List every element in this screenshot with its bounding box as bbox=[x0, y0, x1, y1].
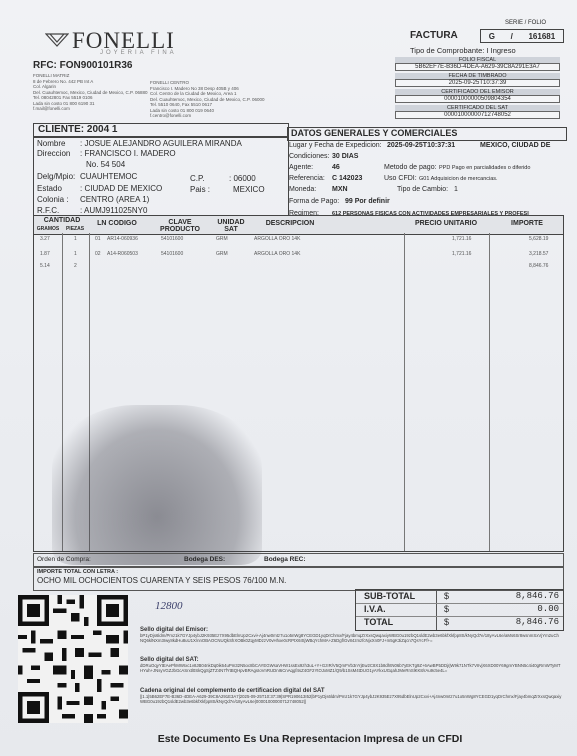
serie-folio-label: SERIE / FOLIO bbox=[505, 20, 546, 26]
cell-codigo: AR14-060936 bbox=[107, 236, 138, 242]
currency-symbol: $ bbox=[444, 591, 449, 601]
importe-letra-value: OCHO MIL OCHOCIENTOS CUARENTA Y SEIS PES… bbox=[37, 576, 560, 585]
subtotal-value: 8,846.76 bbox=[516, 591, 559, 601]
tipo-label: Tipo de Comprobante: bbox=[410, 46, 484, 55]
estado-value: : CIUDAD DE MEXICO bbox=[80, 184, 162, 193]
addr-line: f.centro@fonelli.com bbox=[150, 113, 310, 119]
total-gramos: 5.14 bbox=[40, 263, 50, 269]
direccion-label: Direccion bbox=[37, 149, 70, 158]
items-table-header: CANTIDAD GRAMOS PIEZAS LN CODIGO CLAVE P… bbox=[33, 215, 564, 235]
datos-generales-body: Lugar y Fecha de Expedicion: 2025-09-25T… bbox=[287, 141, 562, 217]
subtotal-label: SUB-TOTAL bbox=[364, 591, 415, 601]
cell-gramos: 3.27 bbox=[40, 236, 50, 242]
cell-gramos: 1.87 bbox=[40, 251, 50, 257]
col-importe: IMPORTE bbox=[494, 220, 560, 227]
tipo-value: I Ingreso bbox=[486, 46, 515, 55]
orden-compra-label: Orden de Compra: bbox=[37, 556, 91, 563]
total-value: 8,846.76 bbox=[516, 617, 559, 627]
cp-value: : 06000 bbox=[229, 174, 256, 183]
iva-label: I.V.A. bbox=[364, 604, 386, 614]
uso-cfdi-label: Uso CFDI: bbox=[384, 175, 417, 182]
cell-clave: 54101600 bbox=[161, 236, 183, 242]
col-cantidad: CANTIDAD bbox=[36, 217, 88, 224]
total-label: TOTAL bbox=[364, 617, 393, 627]
forma-pago-label: Forma de Pago: bbox=[289, 198, 339, 205]
agente-label: Agente: bbox=[289, 164, 313, 171]
cfdi-legend: Este Documento Es Una Representacion Imp… bbox=[60, 733, 560, 745]
orden-compra-row: Orden de Compra: Bodega DES: Bodega REC: bbox=[33, 553, 564, 567]
cert-emisor-value: 00001000000509804354 bbox=[395, 95, 560, 103]
importe-letra-box: IMPORTE TOTAL CON LETRA : OCHO MIL OCHOC… bbox=[33, 567, 564, 591]
tipo-cambio-label: Tipo de Cambio: bbox=[397, 186, 448, 193]
uso-cfdi-value: G01 Adquisicion de mercancias. bbox=[419, 176, 498, 182]
total-piezas: 2 bbox=[74, 263, 77, 269]
cliente-header: CLIENTE: 2004 1 bbox=[33, 123, 289, 137]
condiciones-label: Condiciones: bbox=[289, 153, 329, 160]
fiscal-info-block: FOLIO FISCAL 5B62EF7E-B36D-4DEA-A629-39C… bbox=[395, 57, 560, 119]
cell-clave: 54101600 bbox=[161, 251, 183, 257]
currency-symbol: $ bbox=[444, 617, 449, 627]
cell-importe: 5,628.19 bbox=[529, 236, 548, 242]
iva-value: 0.00 bbox=[537, 604, 559, 614]
cell-codigo: A14-R060503 bbox=[107, 251, 138, 257]
cadena-original-section: Cadena original del complemento de certi… bbox=[140, 688, 562, 704]
condiciones-value: 30 DIAS bbox=[332, 153, 358, 160]
moneda-value: MXN bbox=[332, 186, 348, 193]
moneda-label: Moneda: bbox=[289, 186, 316, 193]
handwritten-note: 12800 bbox=[155, 600, 183, 612]
cliente-details: Nombre : JOSUE ALEJANDRO AGUILERA MIRAND… bbox=[33, 137, 289, 217]
cell-ln: 01 bbox=[95, 236, 101, 242]
rfc-label: RFC: bbox=[33, 60, 57, 71]
currency-symbol: $ bbox=[444, 604, 449, 614]
rfc-value: FON900101R36 bbox=[60, 60, 133, 71]
company-tagline: JOYERIA FINA bbox=[100, 50, 177, 56]
agente-value: 46 bbox=[332, 164, 340, 171]
address-centro: FONELLI CENTRO Francisco I. Madero No 38… bbox=[150, 80, 310, 119]
address-matriz: FONELLI MATRIZ 8 de Febrero No. 442 PB I… bbox=[33, 73, 153, 112]
col-precio-unitario: PRECIO UNITARIO bbox=[404, 220, 488, 227]
bodega-rec-label: Bodega REC: bbox=[264, 556, 306, 563]
referencia-label: Referencia: bbox=[289, 175, 325, 182]
cp-label: C.P. bbox=[190, 174, 205, 183]
cell-precio: 1,721.16 bbox=[452, 251, 471, 257]
delg-label: Delg/Mpio: bbox=[37, 172, 75, 181]
sello-emisor-section: Sello digital del Emisor: bP1yDjs6ldm/Pm… bbox=[140, 627, 562, 643]
cell-descripcion: ARGOLLA ORO 14K bbox=[254, 236, 300, 242]
sello-sat-value: dDRuOqyYtEAePhMWIxc1v8JB04nkDq0ik64uPm32… bbox=[140, 663, 562, 673]
nombre-label: Nombre bbox=[37, 139, 65, 148]
rfc-cliente-value: : AUMJ911025NY0 bbox=[80, 206, 147, 215]
company-rfc: RFC: FON900101R36 bbox=[33, 60, 133, 71]
cell-piezas: 1 bbox=[74, 251, 77, 257]
qr-code-icon bbox=[18, 595, 128, 723]
tipo-cambio-value: 1 bbox=[454, 186, 458, 193]
cell-ln: 02 bbox=[95, 251, 101, 257]
col-unidad-sat: UNIDAD SAT bbox=[214, 219, 248, 233]
pais-label: Pais : bbox=[190, 185, 210, 194]
sello-sat-section: Sello digital del SAT: dDRuOqyYtEAePhMWI… bbox=[140, 657, 562, 673]
referencia-value: C 142023 bbox=[332, 175, 362, 182]
bodega-des-label: Bodega DES: bbox=[184, 556, 225, 563]
folio-fiscal-value: 5B62EF7E-B36D-4DEA-A629-39C8A291E3A7 bbox=[395, 63, 560, 71]
cell-descripcion: ARGOLLA ORO 14K bbox=[254, 251, 300, 257]
subtotal-row: SUB-TOTAL $ 8,846.76 bbox=[356, 591, 563, 603]
cert-sat-value: 00001000000712748052 bbox=[395, 111, 560, 119]
rfc-cliente-label: R.F.C. bbox=[37, 206, 59, 215]
invoice-paper: FONELLI JOYERIA FINA RFC: FON900101R36 F… bbox=[0, 0, 577, 756]
importe-letra-label: IMPORTE TOTAL CON LETRA : bbox=[37, 569, 560, 575]
col-clave-producto: CLAVE PRODUCTO bbox=[158, 219, 202, 233]
totals-box: SUB-TOTAL $ 8,846.76 I.V.A. $ 0.00 TOTAL… bbox=[355, 589, 564, 631]
fecha-timbrado-value: 2025-09-25T10:37:39 bbox=[395, 79, 560, 87]
col-piezas: PIEZAS bbox=[62, 226, 88, 233]
cell-unidad: GRM bbox=[216, 251, 228, 257]
forma-pago-value: 99 Por definir bbox=[345, 198, 390, 205]
col-ln-codigo: LN CODIGO bbox=[92, 220, 142, 227]
serie-folio-box: G/161681 bbox=[480, 29, 564, 43]
total-importe: 8,846.76 bbox=[529, 263, 548, 269]
cell-unidad: GRM bbox=[216, 236, 228, 242]
delg-value: CUAUHTEMOC bbox=[80, 172, 137, 181]
colonia-label: Colonia : bbox=[37, 195, 69, 204]
lugar-value: 2025-09-25T10:37:31 bbox=[387, 142, 455, 149]
nombre-value: : JOSUE ALEJANDRO AGUILERA MIRANDA bbox=[80, 139, 242, 148]
cell-piezas: 1 bbox=[74, 236, 77, 242]
cell-precio: 1,721.16 bbox=[452, 236, 471, 242]
addr-line: f.mail@fonelli.com bbox=[33, 106, 153, 112]
col-gramos: GRAMOS bbox=[34, 226, 62, 233]
metodo-label: Metodo de pago: bbox=[384, 164, 437, 171]
metodo-value: PPD Pago en parcialidades o diferido bbox=[439, 165, 530, 171]
estado-label: Estado bbox=[37, 184, 62, 193]
pais-value: MEXICO bbox=[233, 185, 265, 194]
direccion-value: : FRANCISCO I. MADERO bbox=[80, 149, 176, 158]
fonelli-logo-icon bbox=[45, 33, 69, 47]
cadena-value: ||1.1|5B62EF7E-B36D-4DEA-A629-39C8A291E3… bbox=[140, 694, 562, 704]
lugar-city: MEXICO, CIUDAD DE bbox=[480, 142, 550, 149]
lugar-label: Lugar y Fecha de Expedicion: bbox=[289, 142, 382, 149]
sello-emisor-value: bP1yDjs6ldm/Pmz1k7GYJp4ybJ2K935Ez7X95dbE… bbox=[140, 633, 562, 643]
iva-row: I.V.A. $ 0.00 bbox=[356, 604, 563, 616]
datos-generales-header: DATOS GENERALES Y COMERCIALES bbox=[287, 127, 567, 141]
folio-value: 161681 bbox=[528, 32, 555, 41]
cell-importe: 3,218.57 bbox=[529, 251, 548, 257]
factura-title: FACTURA bbox=[410, 30, 458, 41]
numero-value: No. 54 504 bbox=[86, 160, 125, 169]
items-table-body: 3.27 1 01 AR14-060936 54101600 GRM ARGOL… bbox=[33, 233, 564, 552]
colonia-value: CENTRO (AREA 1) bbox=[80, 195, 149, 204]
serie-value: G bbox=[489, 32, 495, 41]
col-descripcion: DESCRIPCION bbox=[250, 220, 330, 227]
tipo-comprobante: Tipo de Comprobante: I Ingreso bbox=[410, 46, 516, 55]
